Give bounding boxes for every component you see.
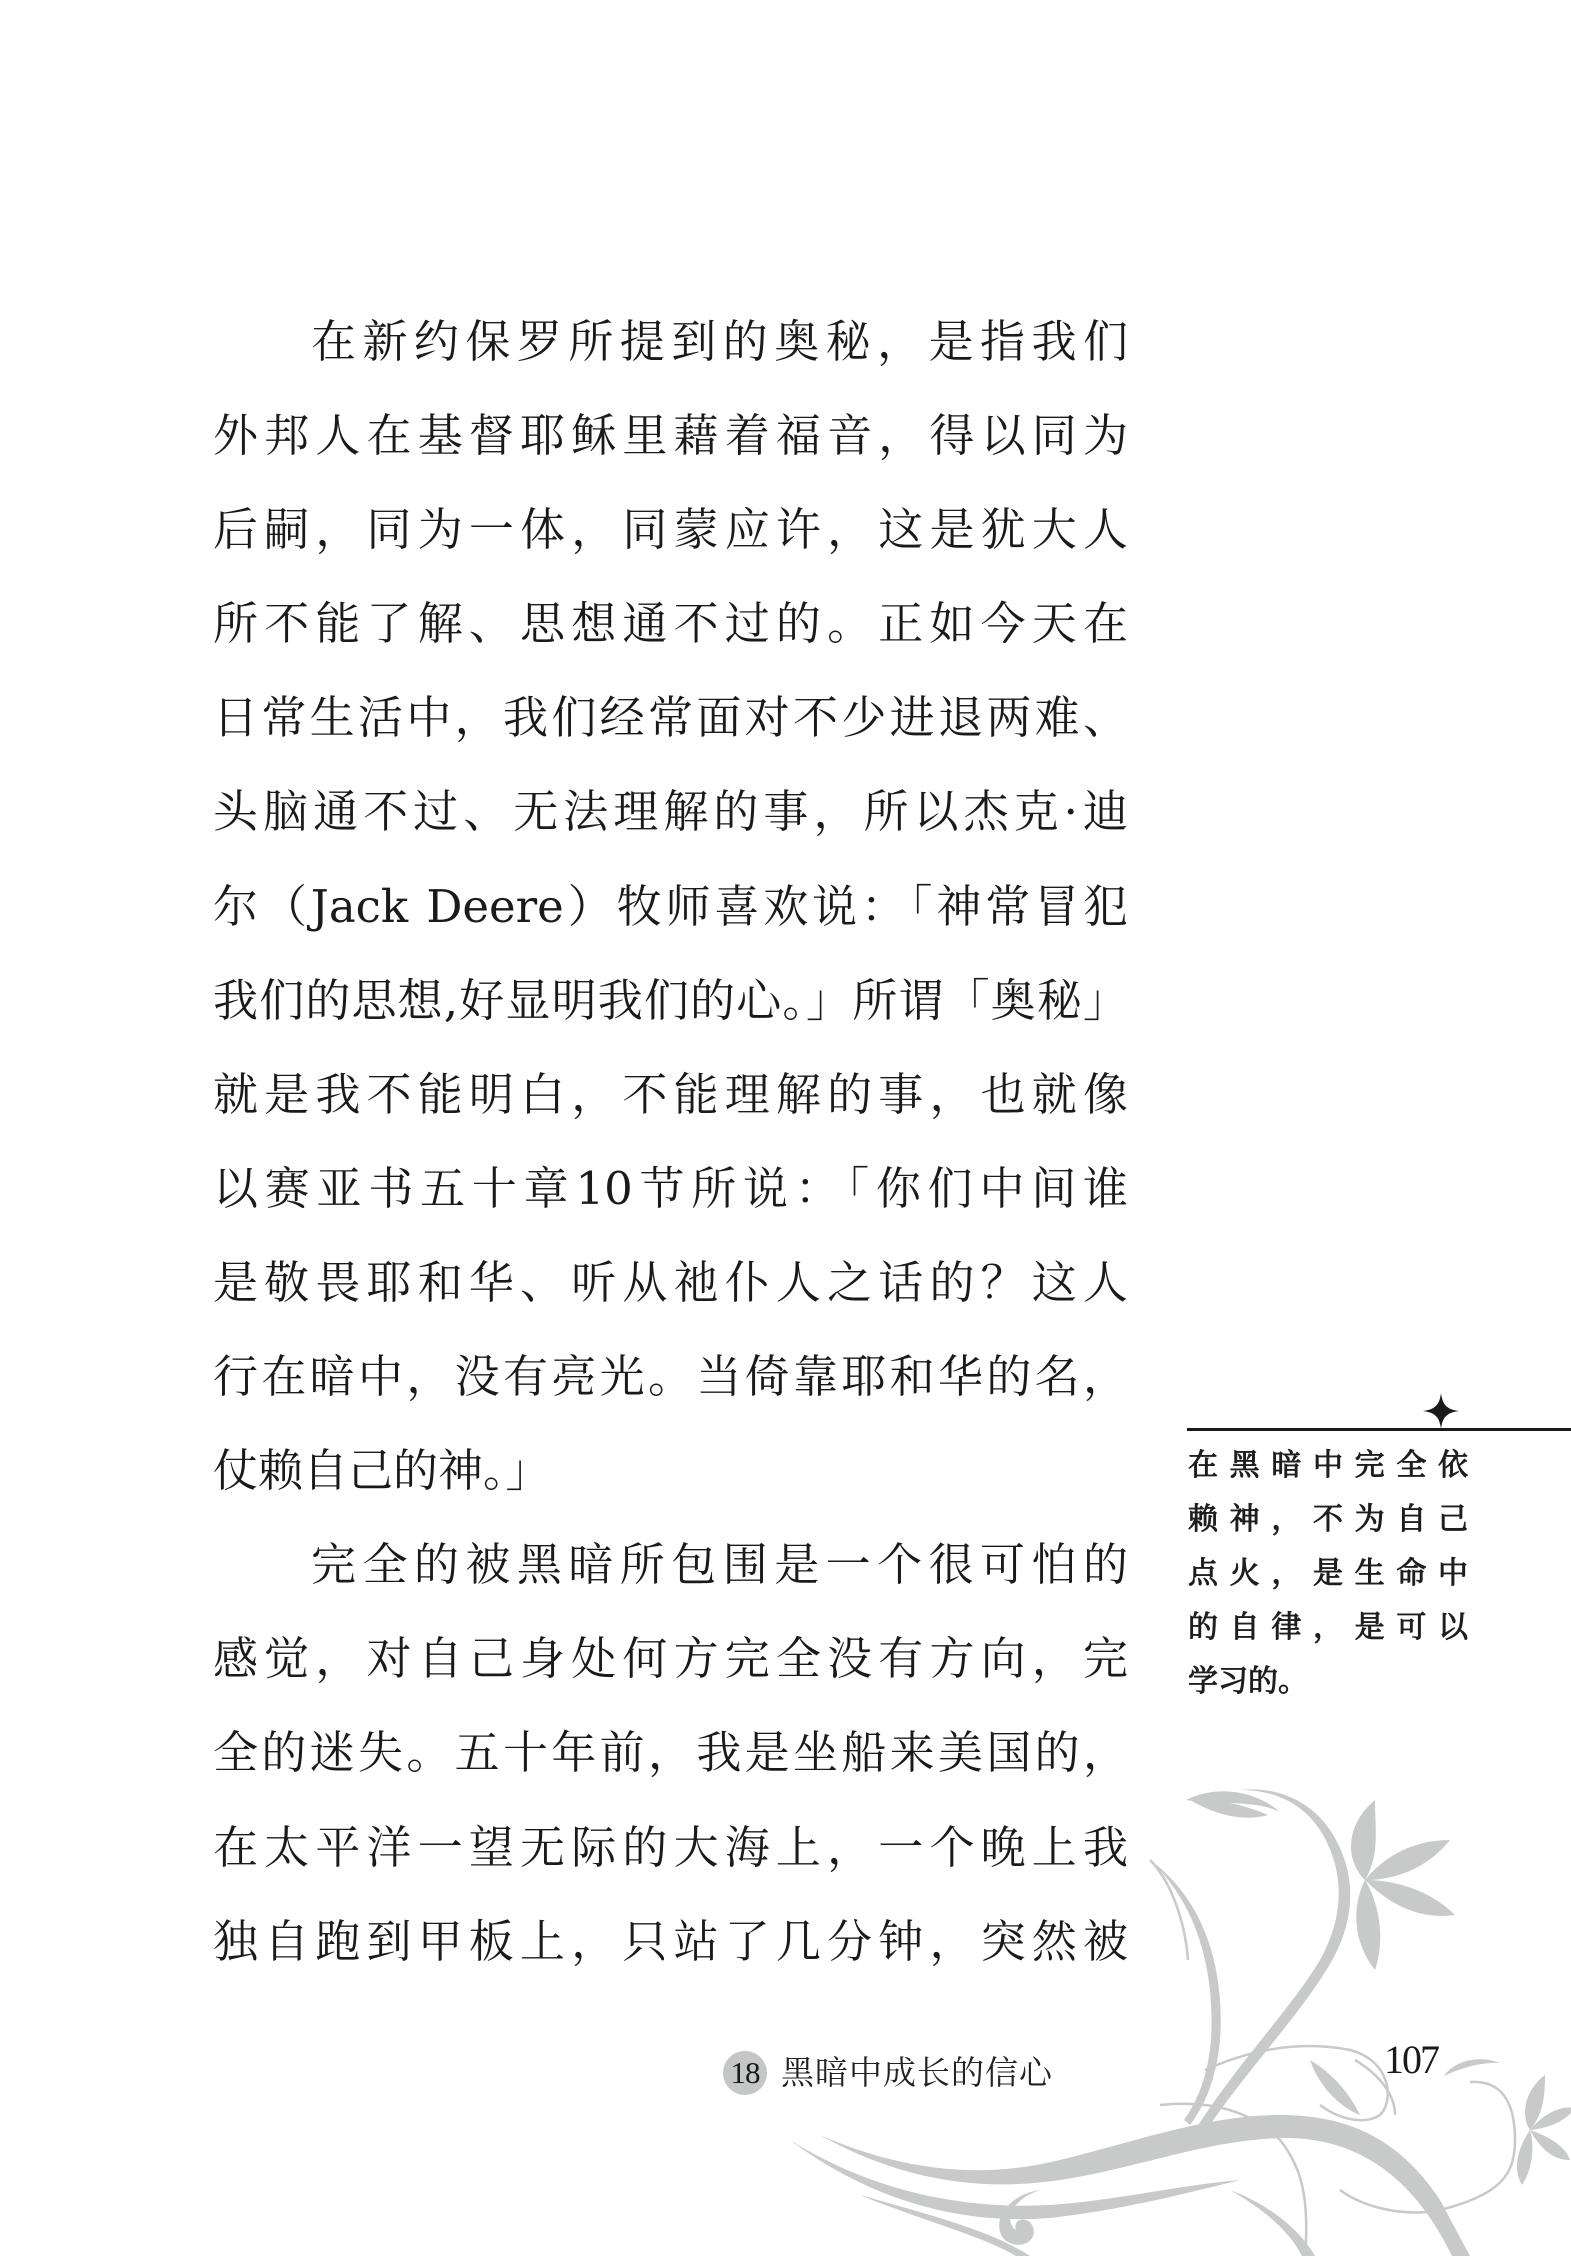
text-line: 头脑通不过、无法理解的事，所以杰克·迪 [213, 780, 1128, 874]
text-line: 感觉，对自己身处何方完全没有方向，完 [213, 1627, 1128, 1721]
pull-quote-line: 的自律，是可以 [1188, 1605, 1468, 1659]
chapter-number-badge: 18 [723, 2051, 767, 2095]
sidebar-divider [1187, 1428, 1571, 1431]
text-line: 后嗣，同为一体，同蒙应许，这是犹大人 [213, 498, 1128, 592]
text-line: 在太平洋一望无际的大海上，一个晚上我 [213, 1816, 1128, 1910]
text-line: 所不能了解、思想通不过的。正如今天在 [213, 592, 1128, 686]
pull-quote-line: 点火，是生命中 [1188, 1551, 1468, 1605]
text-line: 完全的被黑暗所包围是一个很可怕的 [213, 1533, 1128, 1627]
text-line: 外邦人在基督耶稣里藉着福音，得以同为 [213, 404, 1128, 498]
text-line: 我们的思想,好显明我们的心。」所谓「奥秘」 [213, 969, 1128, 1063]
text-line: 以赛亚书五十章10节所说：「你们中间谁 [213, 1157, 1128, 1251]
pull-quote-line: 学习的。 [1188, 1659, 1468, 1713]
text-line: 在新约保罗所提到的奥秘，是指我们 [213, 310, 1128, 404]
text-line: 是敬畏耶和华、听从祂仆人之话的？这人 [213, 1251, 1128, 1345]
book-page: 在新约保罗所提到的奥秘，是指我们 外邦人在基督耶稣里藉着福音，得以同为 后嗣，同… [0, 0, 1571, 2256]
text-line: 全的迷失。五十年前，我是坐船来美国的， [213, 1721, 1128, 1815]
text-line: 日常生活中，我们经常面对不少进退两难、 [213, 686, 1128, 780]
text-line: 独自跑到甲板上，只站了几分钟，突然被 [213, 1910, 1128, 2004]
running-footer-title: 黑暗中成长的信心 [781, 2048, 1053, 2098]
page-number: 107 [1384, 2036, 1438, 2083]
paragraph: 在新约保罗所提到的奥秘，是指我们 外邦人在基督耶稣里藉着福音，得以同为 后嗣，同… [213, 310, 1128, 1533]
pull-quote: 在黑暗中完全依 赖神，不为自己 点火，是生命中 的自律，是可以 学习的。 [1188, 1443, 1468, 1713]
pull-quote-line: 在黑暗中完全依 [1188, 1443, 1468, 1497]
text-line: 就是我不能明白，不能理解的事，也就像 [213, 1063, 1128, 1157]
four-point-star-icon [1423, 1393, 1459, 1429]
text-line: 仗赖自己的神。」 [213, 1439, 1128, 1533]
text-line: 尔（Jack Deere）牧师喜欢说：「神常冒犯 [213, 875, 1128, 969]
paragraph: 完全的被黑暗所包围是一个很可怕的 感觉，对自己身处何方完全没有方向，完 全的迷失… [213, 1533, 1128, 2003]
body-text: 在新约保罗所提到的奥秘，是指我们 外邦人在基督耶稣里藉着福音，得以同为 后嗣，同… [213, 310, 1128, 2004]
text-line: 行在暗中，没有亮光。当倚靠耶和华的名， [213, 1345, 1128, 1439]
pull-quote-line: 赖神，不为自己 [1188, 1497, 1468, 1551]
